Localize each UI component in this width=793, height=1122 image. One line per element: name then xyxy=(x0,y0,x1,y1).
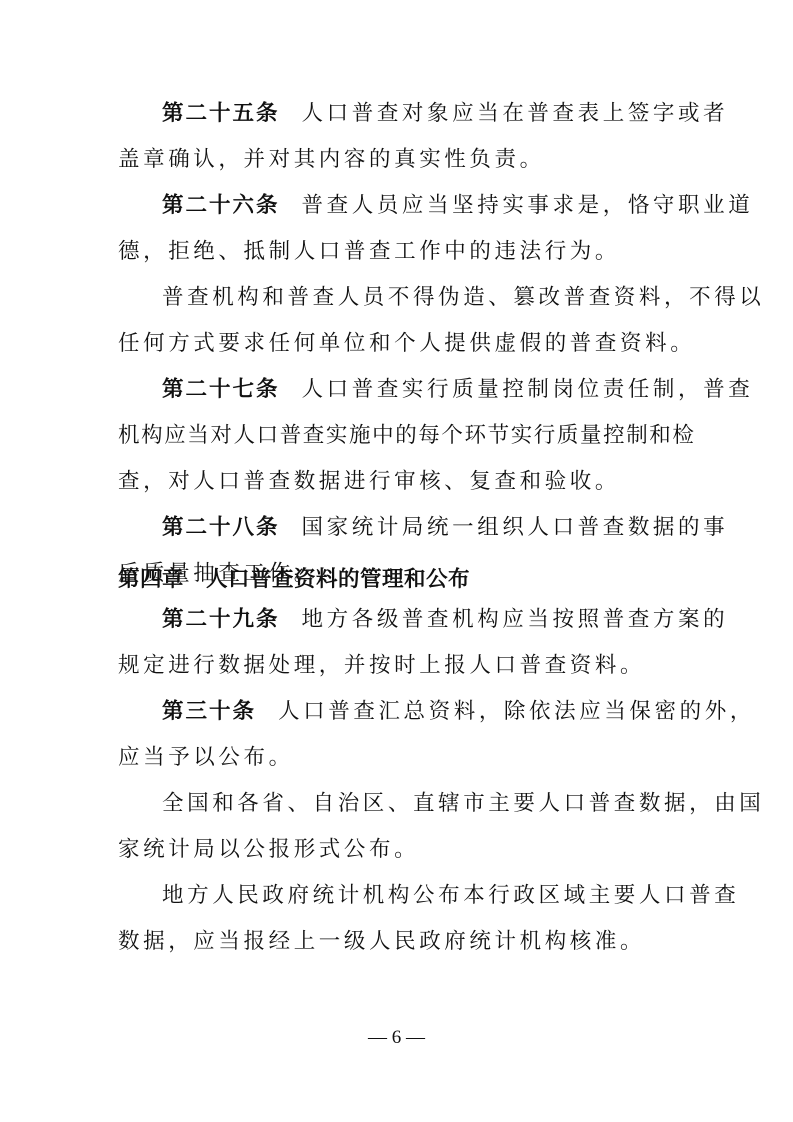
article-label: 第二十七条 xyxy=(162,377,280,402)
article-29-line-2: 规定进行数据处理，并按时上报人口普查资料。 xyxy=(118,652,674,680)
chapter-title: 人口普查资料的管理和公布 xyxy=(206,567,470,592)
article-label: 第三十条 xyxy=(162,699,256,724)
article-27-line-1: 第二十七条人口普查实行质量控制岗位责任制，普查 xyxy=(162,376,674,404)
article-30-para3-line-2: 数据，应当报经上一级人民政府统计机构核准。 xyxy=(118,928,674,956)
article-label: 第二十八条 xyxy=(162,515,280,540)
article-text: 人口普查汇总资料，除依法应当保密的外， xyxy=(278,699,755,724)
article-text: 地方各级普查机构应当按照普查方案的 xyxy=(302,607,729,632)
article-26-para2-line-2: 任何方式要求任何单位和个人提供虚假的普查资料。 xyxy=(118,330,674,358)
article-29-line-1: 第二十九条地方各级普查机构应当按照普查方案的 xyxy=(162,606,674,634)
article-27-line-3: 查，对人口普查数据进行审核、复查和验收。 xyxy=(118,468,674,496)
article-label: 第二十九条 xyxy=(162,607,280,632)
article-30-line-2: 应当予以公布。 xyxy=(118,744,674,772)
article-30-para3-line-1: 地方人民政府统计机构公布本行政区域主要人口普查 xyxy=(162,882,674,910)
chapter-label: 第四章 xyxy=(118,567,184,592)
article-30-para2-line-2: 家统计局以公报形式公布。 xyxy=(118,836,674,864)
article-25-line-1: 第二十五条人口普查对象应当在普查表上签字或者 xyxy=(162,100,674,128)
article-30-para2-line-1: 全国和各省、自治区、直辖市主要人口普查数据，由国 xyxy=(162,790,674,818)
article-26-line-1: 第二十六条普查人员应当坚持实事求是，恪守职业道 xyxy=(162,192,674,220)
document-page: 第二十五条人口普查对象应当在普查表上签字或者 盖章确认，并对其内容的真实性负责。… xyxy=(0,0,793,1122)
chapter-4-heading: 第四章人口普查资料的管理和公布 xyxy=(118,566,674,594)
page-number: — 6 — xyxy=(0,1027,793,1049)
article-25-line-2: 盖章确认，并对其内容的真实性负责。 xyxy=(118,146,674,174)
article-label: 第二十五条 xyxy=(162,101,280,126)
article-label: 第二十六条 xyxy=(162,193,280,218)
article-text: 人口普查实行质量控制岗位责任制，普查 xyxy=(302,377,754,402)
article-26-para2-line-1: 普查机构和普查人员不得伪造、篡改普查资料，不得以 xyxy=(162,284,674,312)
article-text: 人口普查对象应当在普查表上签字或者 xyxy=(302,101,729,126)
article-28-line-1: 第二十八条国家统计局统一组织人口普查数据的事 xyxy=(162,514,674,542)
article-27-line-2: 机构应当对人口普查实施中的每个环节实行质量控制和检 xyxy=(118,422,674,450)
article-text: 普查人员应当坚持实事求是，恪守职业道 xyxy=(302,193,754,218)
article-30-line-1: 第三十条人口普查汇总资料，除依法应当保密的外， xyxy=(162,698,674,726)
article-26-line-2: 德，拒绝、抵制人口普查工作中的违法行为。 xyxy=(118,238,674,266)
article-text: 国家统计局统一组织人口普查数据的事 xyxy=(302,515,729,540)
